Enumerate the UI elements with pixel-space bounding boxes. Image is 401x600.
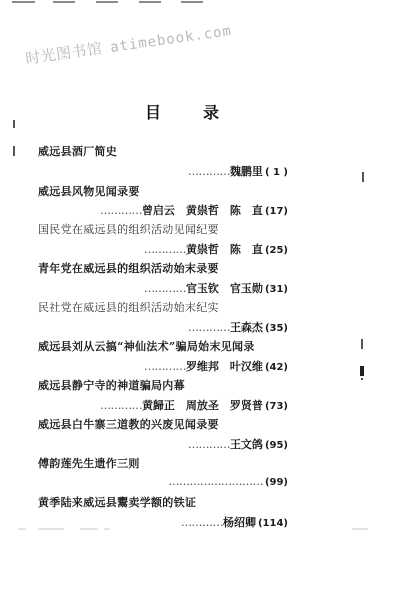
leader-dots: ………… xyxy=(100,204,142,217)
entry-author-line: ………………………(99) xyxy=(168,475,288,488)
scan-mark xyxy=(13,146,15,156)
top-rule xyxy=(12,1,35,3)
entry-title: 威远县刘从云搞“神仙法术”骗局始末见闻录 xyxy=(38,338,255,354)
leader-dots: ………… xyxy=(188,438,230,451)
top-rule xyxy=(96,1,118,3)
entry-authors: 罗维邦 叶汉维 xyxy=(186,360,263,373)
scan-smudge xyxy=(352,528,368,530)
entry-authors: 杨绍卿 xyxy=(223,516,256,529)
entry-title: 青年党在威远县的组织活动始末录要 xyxy=(38,260,219,276)
entry-author-line: …………曾启云 黄祟哲 陈 直(17) xyxy=(100,202,288,218)
entry-authors: 黄祟哲 陈 直 xyxy=(186,243,263,256)
entry-author-line: …………黄歸正 周放圣 罗贤普(73) xyxy=(100,397,288,413)
scan-smudge xyxy=(38,528,64,530)
entry-author-line: …………魏鹏里( 1 ) xyxy=(188,163,288,179)
entry-authors: 王森杰 xyxy=(230,321,263,334)
watermark: 时光图书馆atimebook.com xyxy=(24,19,233,69)
entry-page: (17) xyxy=(265,206,288,217)
leader-dots: ………… xyxy=(188,321,230,334)
leader-dots: ……………………… xyxy=(168,475,263,488)
top-rule xyxy=(53,1,75,3)
leader-dots: ………… xyxy=(181,516,223,529)
entry-page: (114) xyxy=(258,518,288,529)
entry-title: 威远县酒厂简史 xyxy=(38,143,117,159)
entry-author-line: …………王文鸽(95) xyxy=(188,436,288,452)
entry-title: 黄季陆来威远县鬻卖学额的铁证 xyxy=(38,494,196,510)
watermark-url: atimebook.com xyxy=(109,23,233,56)
scan-smudge xyxy=(80,528,98,530)
entry-page: (95) xyxy=(265,440,288,451)
top-rule xyxy=(181,1,203,3)
toc-title-char-1: 目 xyxy=(145,100,161,123)
watermark-cn: 时光图书馆 xyxy=(24,39,103,68)
entry-page: (25) xyxy=(265,245,288,256)
scan-smudge xyxy=(18,528,26,530)
entry-authors: 魏鹏里 xyxy=(230,165,263,178)
scan-mark xyxy=(360,366,364,376)
entry-authors: 黄歸正 周放圣 罗贤普 xyxy=(142,399,263,412)
entry-author-line: …………罗维邦 叶汉维(42) xyxy=(144,358,288,374)
scan-mark xyxy=(362,172,364,182)
leader-dots: ………… xyxy=(188,165,230,178)
scan-smudge xyxy=(104,528,110,530)
entry-title: 傅韵莲先生遗作三则 xyxy=(38,455,140,471)
entry-title: 威远县静宁寺的神道骗局内幕 xyxy=(38,377,185,393)
scan-mark xyxy=(361,378,363,380)
entry-title: 国民党在威远县的组织活动见闻纪要 xyxy=(38,221,219,237)
entry-title: 威远县白牛寨三道教的兴废见闻录要 xyxy=(38,416,219,432)
entry-title: 民社党在威远县的组织活动始末纪实 xyxy=(38,299,219,315)
scan-mark xyxy=(13,120,15,128)
entry-page: (99) xyxy=(265,477,288,488)
entry-page: (31) xyxy=(265,284,288,295)
entry-author-line: …………官玉钦 官玉勋(31) xyxy=(144,280,288,296)
top-rule xyxy=(139,1,161,3)
entry-authors: 曾启云 黄祟哲 陈 直 xyxy=(142,204,263,217)
leader-dots: ………… xyxy=(100,399,142,412)
entry-author-line: …………王森杰(35) xyxy=(188,319,288,335)
toc-title-char-2: 录 xyxy=(203,100,219,123)
entry-authors: 王文鸽 xyxy=(230,438,263,451)
leader-dots: ………… xyxy=(144,360,186,373)
entry-page: (73) xyxy=(265,401,288,412)
entry-page: ( 1 ) xyxy=(265,167,288,178)
entry-title: 威远县风物见闻录要 xyxy=(38,183,140,199)
scan-mark xyxy=(361,339,363,349)
entry-authors: 官玉钦 官玉勋 xyxy=(186,282,263,295)
entry-page: (35) xyxy=(265,323,288,334)
entry-page: (42) xyxy=(265,362,288,373)
leader-dots: ………… xyxy=(144,243,186,256)
leader-dots: ………… xyxy=(144,282,186,295)
entry-author-line: …………黄祟哲 陈 直(25) xyxy=(144,241,288,257)
entry-author-line: …………杨绍卿(114) xyxy=(181,514,288,530)
